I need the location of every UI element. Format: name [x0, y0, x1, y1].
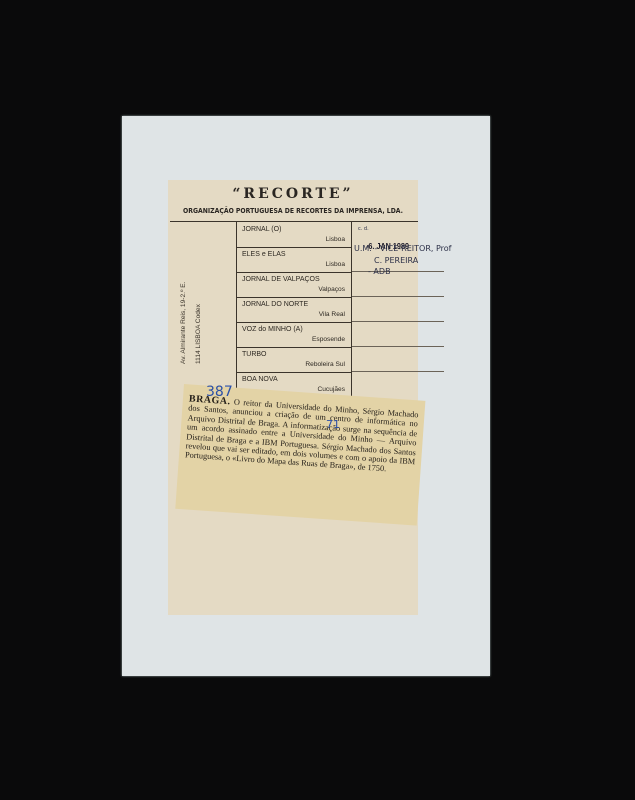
entry-line	[352, 296, 444, 297]
publication-row: VOZ do MINHO (A)Esposende	[237, 322, 351, 348]
address-block: Av. Almirante Reis, 19-2.º E. 1114 LISBO…	[168, 244, 228, 369]
entry-line	[352, 271, 444, 272]
entry-line	[352, 371, 444, 372]
handwritten-number-top: 387	[206, 384, 233, 400]
entry-line	[352, 321, 444, 322]
publication-row: JORNAL DE VALPAÇOSValpaços	[237, 272, 351, 298]
handwritten-recipient: U.M. - VICE-REITOR, Prof	[354, 244, 451, 253]
card-subtitle: ORGANIZAÇÃO PORTUGUESA DE RECORTES DA IM…	[177, 207, 410, 215]
newspaper-clipping: BRAGA. O reitor da Universidade do Minho…	[175, 384, 425, 526]
address-line-2: 1114 LISBOA Codex	[195, 304, 202, 364]
handwritten-number-mid: 71	[326, 418, 340, 431]
handwritten-dept: - ADB	[368, 267, 391, 276]
publication-row: JORNAL (O)Lisboa	[237, 222, 351, 248]
publication-list: JORNAL (O)Lisboa ELES e ELASLisboa JORNA…	[236, 222, 352, 397]
entry-line	[352, 346, 444, 347]
publication-row: ELES e ELASLisboa	[237, 247, 351, 273]
clipping-text: BRAGA. O reitor da Universidade do Minho…	[185, 394, 419, 476]
card-title: “RECORTE”	[168, 186, 418, 202]
handwritten-name: C. PEREIRA	[374, 256, 418, 265]
stamp-prefix: c. d.	[358, 226, 369, 232]
publication-row: JORNAL DO NORTEVila Real	[237, 297, 351, 323]
publication-row: TURBOReboleira Sul	[237, 347, 351, 373]
address-line-1: Av. Almirante Reis, 19-2.º E.	[180, 282, 187, 364]
